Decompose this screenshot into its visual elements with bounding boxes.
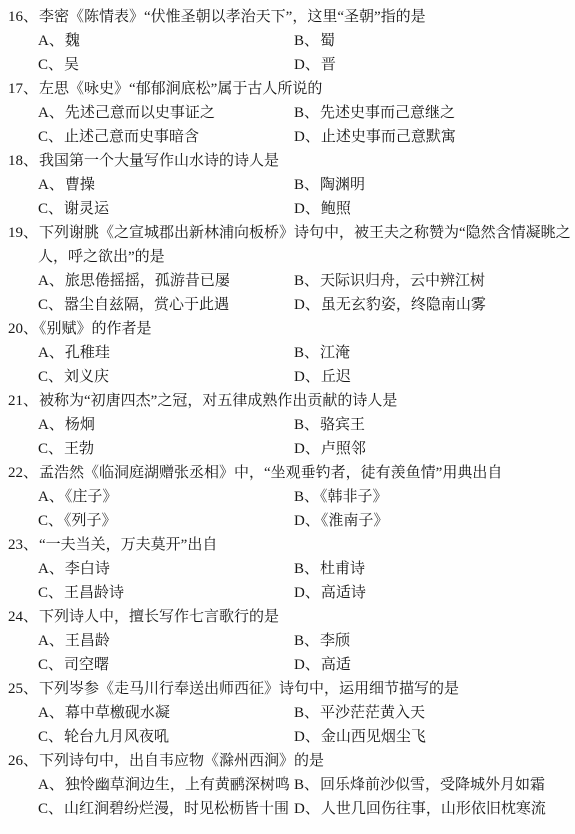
question-number: 17、 (8, 81, 38, 97)
question-number: 22、 (8, 465, 38, 481)
options-grid: A、先述己意而以史事证之 B、先述史事而己意继之 C、止述己意而史事暗含 D、止… (38, 101, 573, 149)
option: C、谢灵运 (38, 197, 294, 221)
option-label: D、 (294, 441, 320, 457)
question-text-line: 21、被称为“初唐四杰”之冠，对五律成熟作出贡献的诗人是 (8, 389, 573, 413)
option-text: 陶渊明 (320, 177, 365, 193)
option-text: 旅思倦摇摇，孤游昔已屡 (65, 273, 230, 289)
option-label: C、 (38, 441, 63, 457)
question-text-line: 22、孟浩然《临洞庭湖赠张丞相》中，“坐观垂钓者，徒有羡鱼情”用典出自 (8, 461, 573, 485)
option-text: 平沙茫茫黄入天 (320, 705, 425, 721)
option-label: B、 (294, 417, 319, 433)
option: A、《庄子》 (38, 485, 294, 509)
option-label: A、 (38, 561, 64, 577)
options-grid: A、杨炯 B、骆宾王 C、王勃 D、卢照邻 (38, 413, 573, 461)
options-grid: A、李白诗 B、杜甫诗 C、王昌龄诗 D、高适诗 (38, 557, 573, 605)
question-block: 17、左思《咏史》“郁郁涧底松”属于古人所说的 A、先述己意而以史事证之 B、先… (8, 77, 573, 149)
option-label: B、 (294, 33, 319, 49)
question-text: 被称为“初唐四杰”之冠，对五律成熟作出贡献的诗人是 (39, 393, 397, 409)
option: C、止述己意而史事暗含 (38, 125, 294, 149)
option-label: B、 (294, 177, 319, 193)
option: C、山红涧碧纷烂漫，时见松枥皆十围 (38, 797, 294, 821)
option-label: B、 (294, 273, 319, 289)
question-block: 19、下列谢朓《之宣城郡出新林浦向板桥》诗句中，被王夫之称赞为“隐然含情凝眺之人… (8, 221, 573, 317)
option-label: A、 (38, 705, 64, 721)
option-text: 李颀 (320, 633, 350, 649)
option-text: 曹操 (65, 177, 95, 193)
option-label: B、 (294, 633, 319, 649)
question-text: 下列诗人中，擅长写作七言歌行的是 (39, 609, 279, 625)
option-text: 高适诗 (321, 585, 366, 601)
option-text: 王昌龄诗 (64, 585, 124, 601)
options-grid: A、孔稚珪 B、江淹 C、刘义庆 D、丘迟 (38, 341, 573, 389)
option: A、独怜幽草涧边生，上有黄鹂深树鸣 (38, 773, 294, 797)
option: B、天际识归舟，云中辨江树 (294, 269, 573, 293)
option-label: C、 (38, 369, 63, 385)
option-text: 吴 (64, 57, 79, 73)
option: D、丘迟 (294, 365, 573, 389)
options-grid: A、曹操 B、陶渊明 C、谢灵运 D、鲍照 (38, 173, 573, 221)
option: A、李白诗 (38, 557, 294, 581)
option: C、司空曙 (38, 653, 294, 677)
option: D、《淮南子》 (294, 509, 573, 533)
option-text: 杜甫诗 (320, 561, 365, 577)
question-text-line: 23、“一夫当关，万夫莫开”出自 (8, 533, 573, 557)
options-grid: A、《庄子》 B、《韩非子》 C、《列子》 D、《淮南子》 (38, 485, 573, 533)
option-text: 回乐烽前沙似雪，受降城外月如霜 (320, 777, 545, 793)
question-number: 20、 (8, 321, 38, 337)
question-number: 23、 (8, 537, 38, 553)
question-text-line: 24、下列诗人中，擅长写作七言歌行的是 (8, 605, 573, 629)
option-text: 先述己意而以史事证之 (65, 105, 215, 121)
question-text-line: 25、下列岑参《走马川行奉送出师西征》诗句中，运用细节描写的是 (8, 677, 573, 701)
question-block: 22、孟浩然《临洞庭湖赠张丞相》中，“坐观垂钓者，徒有羡鱼情”用典出自 A、《庄… (8, 461, 573, 533)
option-text: 丘迟 (321, 369, 351, 385)
option: B、《韩非子》 (294, 485, 573, 509)
question-text: 李密《陈情表》“伏惟圣朝以孝治天下”，这里“圣朝”指的是 (39, 9, 426, 25)
option-text: 《列子》 (64, 513, 117, 529)
option-label: D、 (294, 801, 320, 817)
option-label: A、 (38, 345, 64, 361)
option-label: B、 (294, 705, 319, 721)
option: B、江淹 (294, 341, 573, 365)
option-text: 轮台九月风夜吼 (64, 729, 169, 745)
option: B、平沙茫茫黄入天 (294, 701, 573, 725)
option-text: 高适 (321, 657, 351, 673)
option-text: 人世几回伤往事，山形依旧枕寒流 (321, 801, 546, 817)
question-number: 19、 (8, 225, 38, 241)
option-text: 刘义庆 (64, 369, 109, 385)
option-text: 谢灵运 (64, 201, 109, 217)
option-label: A、 (38, 633, 64, 649)
option-label: D、 (294, 57, 320, 73)
question-text: 我国第一个大量写作山水诗的诗人是 (39, 153, 279, 169)
option: B、骆宾王 (294, 413, 573, 437)
option-text: 《淮南子》 (321, 513, 389, 529)
option: D、高适 (294, 653, 573, 677)
option: C、《列子》 (38, 509, 294, 533)
option: C、吴 (38, 53, 294, 77)
option-text: 蜀 (320, 33, 335, 49)
option-label: A、 (38, 417, 64, 433)
question-text-line: 20、《别赋》的作者是 (8, 317, 573, 341)
option-text: 金山西见烟尘飞 (321, 729, 426, 745)
option: C、王勃 (38, 437, 294, 461)
option-text: 王勃 (64, 441, 94, 457)
option-text: 天际识归舟，云中辨江树 (320, 273, 485, 289)
option: A、曹操 (38, 173, 294, 197)
question-number: 24、 (8, 609, 38, 625)
question-number: 18、 (8, 153, 38, 169)
question-number: 26、 (8, 753, 38, 769)
option: D、晋 (294, 53, 573, 77)
options-grid: A、王昌龄 B、李颀 C、司空曙 D、高适 (38, 629, 573, 677)
option-label: C、 (38, 129, 63, 145)
option-text: 虽无玄豹姿，终隐南山雾 (321, 297, 486, 313)
option-label: D、 (294, 585, 320, 601)
option: B、先述史事而己意继之 (294, 101, 573, 125)
option-text: 先述史事而己意继之 (320, 105, 455, 121)
option: A、孔稚珪 (38, 341, 294, 365)
option: C、轮台九月风夜吼 (38, 725, 294, 749)
option: B、蜀 (294, 29, 573, 53)
question-text-line: 17、左思《咏史》“郁郁涧底松”属于古人所说的 (8, 77, 573, 101)
option-text: 李白诗 (65, 561, 110, 577)
option-text: 《庄子》 (65, 489, 118, 505)
option-label: B、 (294, 489, 319, 505)
question-block: 25、下列岑参《走马川行奉送出师西征》诗句中，运用细节描写的是 A、幕中草檄砚水… (8, 677, 573, 749)
option-label: B、 (294, 561, 319, 577)
option-text: 卢照邻 (321, 441, 366, 457)
option: D、止述史事而己意默寓 (294, 125, 573, 149)
question-block: 20、《别赋》的作者是 A、孔稚珪 B、江淹 C、刘义庆 D、丘迟 (8, 317, 573, 389)
options-grid: A、独怜幽草涧边生，上有黄鹂深树鸣 B、回乐烽前沙似雪，受降城外月如霜 C、山红… (38, 773, 573, 821)
option: D、卢照邻 (294, 437, 573, 461)
option: A、先述己意而以史事证之 (38, 101, 294, 125)
option: D、高适诗 (294, 581, 573, 605)
option: B、李颀 (294, 629, 573, 653)
option-label: D、 (294, 657, 320, 673)
option-text: 魏 (65, 33, 80, 49)
option-label: A、 (38, 777, 64, 793)
option-label: C、 (38, 657, 63, 673)
question-text-line: 26、下列诗句中，出自韦应物《滁州西涧》的是 (8, 749, 573, 773)
question-number: 21、 (8, 393, 38, 409)
question-text: 孟浩然《临洞庭湖赠张丞相》中，“坐观垂钓者，徒有羡鱼情”用典出自 (39, 465, 502, 481)
question-text: 《别赋》的作者是 (39, 321, 152, 337)
option-text: 骆宾王 (320, 417, 365, 433)
question-text: 下列诗句中，出自韦应物《滁州西涧》的是 (39, 753, 324, 769)
option-label: A、 (38, 105, 64, 121)
question-text-line: 19、下列谢朓《之宣城郡出新林浦向板桥》诗句中，被王夫之称赞为“隐然含情凝眺之人… (8, 221, 573, 269)
option-label: D、 (294, 369, 320, 385)
question-text: 左思《咏史》“郁郁涧底松”属于古人所说的 (39, 81, 322, 97)
question-number: 16、 (8, 9, 38, 25)
question-text: 下列谢朓《之宣城郡出新林浦向板桥》诗句中，被王夫之称赞为“隐然含情凝眺之人，呼之… (38, 225, 571, 265)
option-text: 王昌龄 (65, 633, 110, 649)
option-text: 鲍照 (321, 201, 351, 217)
option-text: 嚣尘自兹隔，赏心于此遇 (64, 297, 229, 313)
options-grid: A、旅思倦摇摇，孤游昔已屡 B、天际识归舟，云中辨江树 C、嚣尘自兹隔，赏心于此… (38, 269, 573, 317)
option-label: C、 (38, 297, 63, 313)
question-block: 26、下列诗句中，出自韦应物《滁州西涧》的是 A、独怜幽草涧边生，上有黄鹂深树鸣… (8, 749, 573, 821)
option: A、王昌龄 (38, 629, 294, 653)
option-label: D、 (294, 201, 320, 217)
option-label: B、 (294, 777, 319, 793)
question-block: 21、被称为“初唐四杰”之冠，对五律成熟作出贡献的诗人是 A、杨炯 B、骆宾王 … (8, 389, 573, 461)
option: A、旅思倦摇摇，孤游昔已屡 (38, 269, 294, 293)
option-label: A、 (38, 273, 64, 289)
option: B、回乐烽前沙似雪，受降城外月如霜 (294, 773, 573, 797)
question-block: 23、“一夫当关，万夫莫开”出自 A、李白诗 B、杜甫诗 C、王昌龄诗 D、高适… (8, 533, 573, 605)
option: C、嚣尘自兹隔，赏心于此遇 (38, 293, 294, 317)
option: B、陶渊明 (294, 173, 573, 197)
option: A、杨炯 (38, 413, 294, 437)
option: A、幕中草檄砚水凝 (38, 701, 294, 725)
option-label: D、 (294, 729, 320, 745)
option-label: D、 (294, 513, 320, 529)
question-text: 下列岑参《走马川行奉送出师西征》诗句中，运用细节描写的是 (39, 681, 459, 697)
question-number: 25、 (8, 681, 38, 697)
option-text: 司空曙 (64, 657, 109, 673)
option-text: 独怜幽草涧边生，上有黄鹂深树鸣 (65, 777, 290, 793)
option-text: 晋 (321, 57, 336, 73)
option-label: C、 (38, 729, 63, 745)
option: D、人世几回伤往事，山形依旧枕寒流 (294, 797, 573, 821)
option-label: C、 (38, 801, 63, 817)
option-text: 止述己意而史事暗含 (64, 129, 199, 145)
option-text: 幕中草檄砚水凝 (65, 705, 170, 721)
question-block: 16、李密《陈情表》“伏惟圣朝以孝治天下”，这里“圣朝”指的是 A、魏 B、蜀 … (8, 5, 573, 77)
option-label: C、 (38, 513, 63, 529)
option: D、虽无玄豹姿，终隐南山雾 (294, 293, 573, 317)
option-label: A、 (38, 33, 64, 49)
option-label: A、 (38, 177, 64, 193)
option-label: B、 (294, 345, 319, 361)
option-text: 江淹 (320, 345, 350, 361)
option: C、刘义庆 (38, 365, 294, 389)
option-label: B、 (294, 105, 319, 121)
option-label: C、 (38, 57, 63, 73)
options-grid: A、魏 B、蜀 C、吴 D、晋 (38, 29, 573, 77)
question-text-line: 16、李密《陈情表》“伏惟圣朝以孝治天下”，这里“圣朝”指的是 (8, 5, 573, 29)
option-label: D、 (294, 129, 320, 145)
option: D、鲍照 (294, 197, 573, 221)
option: A、魏 (38, 29, 294, 53)
option-label: C、 (38, 585, 63, 601)
option: B、杜甫诗 (294, 557, 573, 581)
question-text: “一夫当关，万夫莫开”出自 (39, 537, 217, 553)
exam-paper: 16、李密《陈情表》“伏惟圣朝以孝治天下”，这里“圣朝”指的是 A、魏 B、蜀 … (0, 0, 575, 821)
options-grid: A、幕中草檄砚水凝 B、平沙茫茫黄入天 C、轮台九月风夜吼 D、金山西见烟尘飞 (38, 701, 573, 749)
option-label: D、 (294, 297, 320, 313)
question-text-line: 18、我国第一个大量写作山水诗的诗人是 (8, 149, 573, 173)
option-text: 《韩非子》 (320, 489, 388, 505)
option-text: 止述史事而己意默寓 (321, 129, 456, 145)
option-label: C、 (38, 201, 63, 217)
option: D、金山西见烟尘飞 (294, 725, 573, 749)
question-block: 18、我国第一个大量写作山水诗的诗人是 A、曹操 B、陶渊明 C、谢灵运 D、鲍… (8, 149, 573, 221)
option-text: 山红涧碧纷烂漫，时见松枥皆十围 (64, 801, 289, 817)
question-block: 24、下列诗人中，擅长写作七言歌行的是 A、王昌龄 B、李颀 C、司空曙 D、高… (8, 605, 573, 677)
option-text: 杨炯 (65, 417, 95, 433)
option-text: 孔稚珪 (65, 345, 110, 361)
option: C、王昌龄诗 (38, 581, 294, 605)
option-label: A、 (38, 489, 64, 505)
